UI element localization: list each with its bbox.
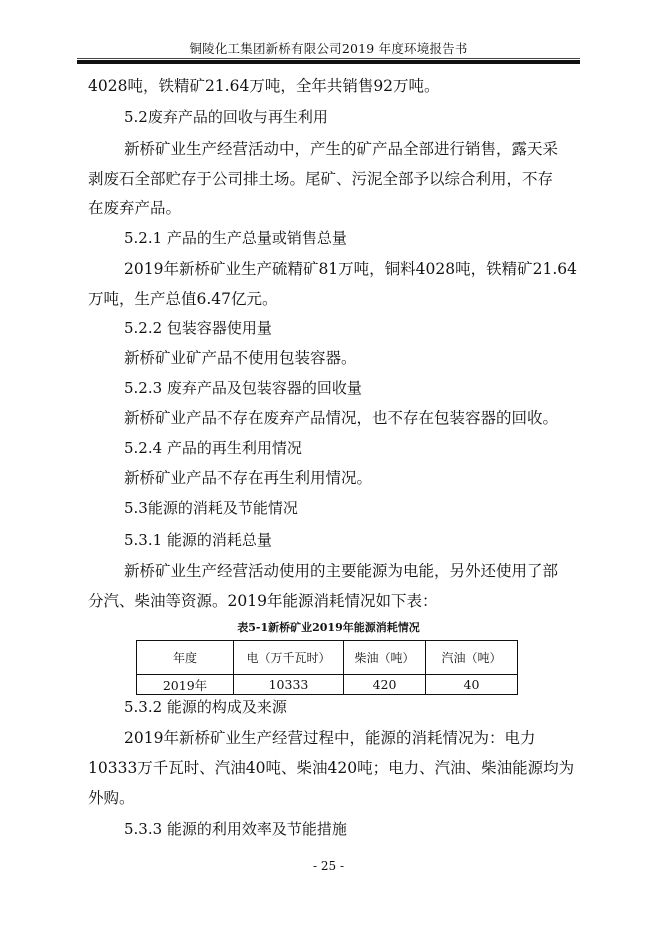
header-rule-thin — [77, 58, 580, 59]
section-heading-5-3-1: 5.3.1 能源的消耗总量 — [124, 530, 624, 550]
paragraph-line: 新桥矿业产品不存在废弃产品情况，也不存在包装容器的回收。 — [124, 408, 624, 428]
paragraph-line: 4028吨，铁精矿21.64万吨，全年共销售92万吨。 — [88, 76, 588, 96]
header-title: 铜陵化工集团新桥有限公司2019 年度环境报告书 — [0, 39, 657, 57]
paragraph-line: 新桥矿业产品不存在再生利用情况。 — [124, 468, 624, 488]
paragraph-line: 外购。 — [88, 788, 588, 808]
energy-consumption-table: 年度 电（万千瓦时） 柴油（吨） 汽油（吨） 2019年 10333 420 4… — [136, 640, 518, 695]
table-header-cell: 汽油（吨） — [426, 641, 518, 675]
table-header-cell: 年度 — [137, 641, 234, 675]
paragraph-line: 分汽、柴油等资源。2019年能源消耗情况如下表： — [88, 591, 588, 611]
table-header-cell: 柴油（吨） — [344, 641, 426, 675]
section-heading-5-2-1: 5.2.1 产品的生产总量或销售总量 — [124, 228, 624, 248]
table-cell: 40 — [426, 675, 518, 695]
section-heading-5-2: 5.2废弃产品的回收与再生利用 — [124, 107, 624, 127]
table-header-row: 年度 电（万千瓦时） 柴油（吨） 汽油（吨） — [137, 641, 518, 675]
paragraph-line: 2019年新桥矿业生产经营过程中，能源的消耗情况为：电力 — [124, 728, 624, 748]
table-header-cell: 电（万千瓦时） — [234, 641, 344, 675]
table-cell: 2019年 — [137, 675, 234, 695]
paragraph-line: 新桥矿业生产经营活动中，产生的矿产品全部进行销售，露天采 — [124, 139, 624, 159]
table-cell: 420 — [344, 675, 426, 695]
header-rule — [77, 60, 580, 64]
paragraph-line: 万吨，生产总值6.47亿元。 — [88, 289, 588, 309]
section-heading-5-2-3: 5.2.3 废弃产品及包装容器的回收量 — [124, 378, 624, 398]
paragraph-line: 2019年新桥矿业生产硫精矿81万吨，铜料4028吨，铁精矿21.64 — [124, 259, 624, 279]
paragraph-line: 新桥矿业矿产品不使用包装容器。 — [124, 348, 624, 368]
paragraph-line: 在废弃产品。 — [88, 198, 588, 218]
table-cell: 10333 — [234, 675, 344, 695]
table-row: 2019年 10333 420 40 — [137, 675, 518, 695]
section-heading-5-3-2: 5.3.2 能源的构成及来源 — [124, 697, 624, 717]
paragraph-line: 新桥矿业生产经营活动使用的主要能源为电能，另外还使用了部 — [124, 561, 624, 581]
table-caption: 表5-1新桥矿业2019年能源消耗情况 — [0, 619, 657, 635]
section-heading-5-3-3: 5.3.3 能源的利用效率及节能措施 — [124, 819, 624, 839]
paragraph-line: 剥废石全部贮存于公司排土场。尾矿、污泥全部予以综合利用，不存 — [88, 169, 588, 189]
section-heading-5-2-2: 5.2.2 包装容器使用量 — [124, 318, 624, 338]
section-heading-5-3: 5.3能源的消耗及节能情况 — [124, 498, 624, 518]
page-number: - 25 - — [0, 859, 657, 873]
paragraph-line: 10333万千瓦时、汽油40吨、柴油420吨；电力、汽油、柴油能源均为 — [88, 758, 588, 778]
section-heading-5-2-4: 5.2.4 产品的再生利用情况 — [124, 438, 624, 458]
